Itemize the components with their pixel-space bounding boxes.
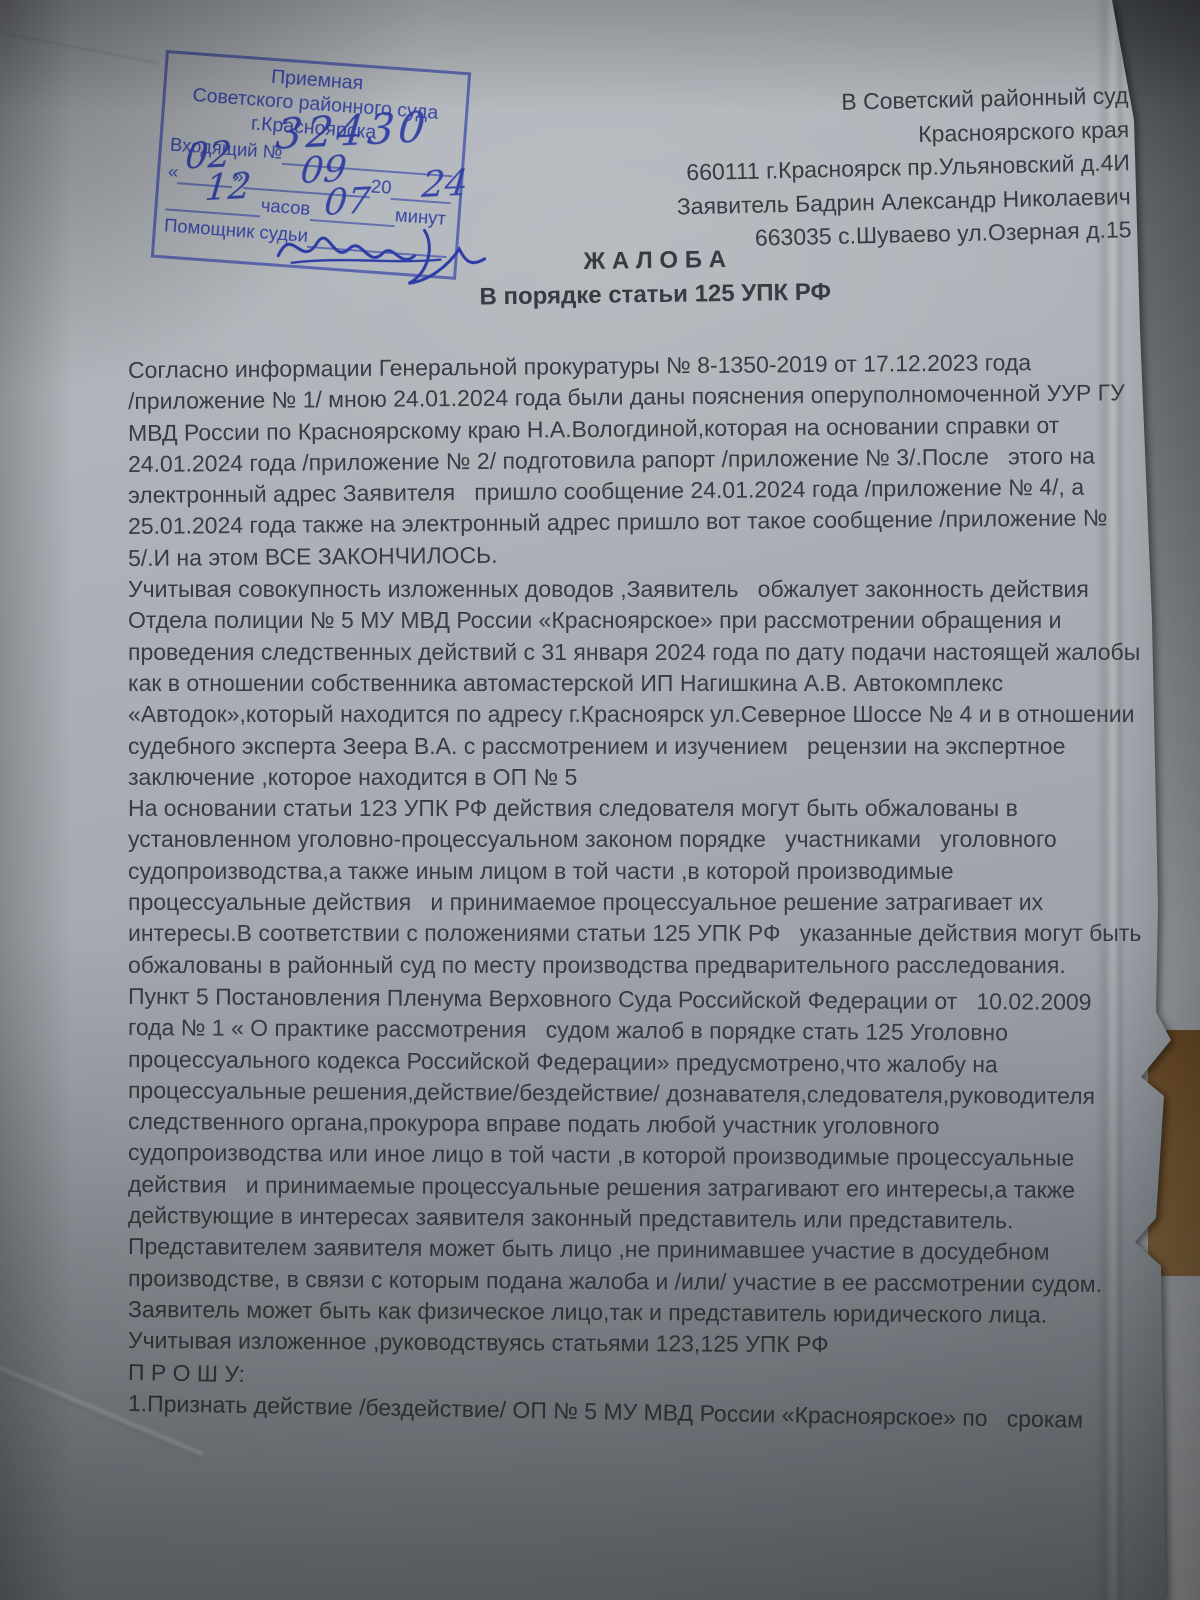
body-line: проведения следственных действий с 31 ян… bbox=[128, 637, 1158, 668]
body-line: «Автодок»,который находится по адресу г.… bbox=[128, 699, 1158, 730]
body-line: как в отношении собственника автомастерс… bbox=[128, 668, 1158, 699]
body-line: На основании статьи 123 УПК РФ действия … bbox=[128, 793, 1158, 824]
body-line: заключение ,которое находится в ОП № 5 bbox=[128, 762, 1158, 793]
paper-shadow-wrap: Приемная Советского районного суда г.Кра… bbox=[0, 0, 1200, 1600]
printed-text-layer: В Советский районный судКрасноярского кр… bbox=[0, 0, 1200, 1600]
body-line: процессуальные действия и принимаемое пр… bbox=[128, 887, 1158, 918]
body-line: установленном уголовно-процессуальном за… bbox=[128, 824, 1158, 855]
body-line: судопроизводства,а также иным лицом в то… bbox=[128, 856, 1158, 887]
document-title: Ж А Л О Б А В порядке статьи 125 УПК РФ bbox=[400, 243, 911, 312]
title-subtitle: В порядке статьи 125 УПК РФ bbox=[400, 277, 910, 312]
complaint-body: Согласно информации Генеральной прокурат… bbox=[128, 355, 1158, 1419]
addressee-block: В Советский районный судКрасноярского кр… bbox=[528, 79, 1132, 260]
document-page: Приемная Советского районного суда г.Кра… bbox=[0, 0, 1200, 1600]
body-line: интересы.В соответствии с положениями ст… bbox=[128, 918, 1158, 949]
body-line: обжалованы в районный суд по месту произ… bbox=[128, 950, 1158, 981]
body-line: Отдела полиции № 5 МУ МВД России «Красно… bbox=[128, 605, 1158, 636]
title-main: Ж А Л О Б А bbox=[400, 243, 910, 278]
document-photo: ПОЧТА Отчет сформирован офици Приемная С… bbox=[0, 0, 1200, 1600]
body-line: Учитывая совокупность изложенных доводов… bbox=[128, 574, 1158, 605]
body-line: Учитывая изложенное ,руководствуясь стат… bbox=[128, 1325, 1158, 1363]
body-line: судебного эксперта Зеера В.А. с рассмотр… bbox=[128, 731, 1158, 762]
